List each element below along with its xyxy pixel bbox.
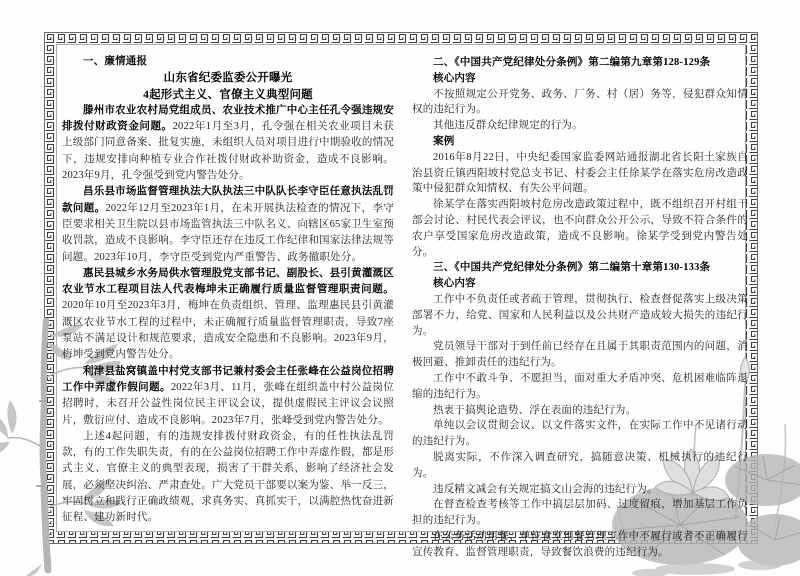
case-paragraph-2: 昌乐县市场监督管理执法大队执法三中队队长李守臣任意执法乱罚款问题。2022年12… (62, 184, 394, 265)
case-paragraph-1: 滕州市农业农村局党组成员、农业技术推广中心主任孔令强违规安排拨付财政资金问题。2… (62, 103, 394, 184)
case-paragraph-4: 利津县盐窝镇盖中村党支部书记兼村委会主任张峰在公益岗位招聘工作中弄虚作假问题。2… (62, 364, 394, 429)
section1-heading: 一、廉情通报 (62, 54, 394, 70)
section3-core-item-1: 工作中不负责任或者疏于管理，贯彻执行、检查督促落实上级决策部署不力，给党、国家和… (412, 292, 748, 339)
section3-core-item-7: 违反精文减会有关规定搞文山会海的违纪行为。 (412, 482, 748, 498)
section2-core-item-1: 不按照规定公开党务、政务、厂务、村（居）务等，侵犯群众知情权的违纪行为。 (412, 87, 748, 119)
section3-core-item-3: 工作中不敢斗争、不愿担当，面对重大矛盾冲突、危机困难临阵退缩的违纪行为。 (412, 371, 748, 403)
case-3-title: 惠民县城乡水务局供水管理股党支部书记、副股长、县引黄灌溉区农业节水工程项目法人代… (62, 268, 394, 295)
section3-core-item-8: 在督查检查考核等工作中搞层层加码、过度留痕，增加基层工作负担的违纪行为。 (412, 497, 748, 529)
section3-core-label: 核心内容 (412, 276, 748, 292)
case-2-body: 2022年12月至2023年1月，在未开展执法检查的情况下，李守臣要求相关卫生院… (62, 203, 394, 263)
notice-title-line1: 山东省纪委监委公开曝光 (62, 70, 394, 86)
case-paragraph-3: 惠民县城乡水务局供水管理股党支部书记、副股长、县引黄灌溉区农业节水工程项目法人代… (62, 266, 394, 364)
notice-title-line2: 4起形式主义、官僚主义典型问题 (62, 87, 394, 103)
left-column: 一、廉情通报 山东省纪委监委公开曝光 4起形式主义、官僚主义典型问题 滕州市农业… (62, 54, 394, 527)
section2-case-paragraph-1: 2016年8月22日，中央纪委国家监委网站通报湖北省长阳土家族自治县资丘镇西阳坡… (412, 150, 748, 197)
section3-core-item-9: 在公务活动用餐、单位食堂用餐管理工作中不履行或者不正确履行宣传教育、监督管理职责… (412, 529, 748, 561)
section2-core-item-2: 其他违反群众纪律规定的行为。 (412, 118, 748, 134)
section3-core-item-5: 单纯以会议贯彻会议、以文件落实文件，在实际工作中不见诸行动的违纪行为。 (412, 418, 748, 450)
section2-heading: 二、《中国共产党纪律处分条例》第二编第九章第128-129条 (412, 55, 748, 71)
section3-core-item-4: 热衷于搞舆论造势、浮在表面的违纪行为。 (412, 403, 748, 419)
document-page: 一、廉情通报 山东省纪委监委公开曝光 4起形式主义、官僚主义典型问题 滕州市农业… (0, 0, 800, 576)
section2-case-paragraph-2: 徐某学在落实西阳坡村危房改造政策过程中，既不组织召开村组干部会讨论、村民代表会评… (412, 197, 748, 260)
summary-body: 上述4起问题，有的违规安排拨付财政资金，有的任性执法乱罚款，有的工作失职失责，有… (62, 431, 394, 523)
section2-case-label: 案例 (412, 134, 748, 150)
right-column: 二、《中国共产党纪律处分条例》第二编第九章第128-129条 核心内容 不按照规… (412, 55, 748, 561)
section3-core-item-2: 党员领导干部对于到任前已经存在且属于其职责范围内的问题，消极回避、推卸责任的违纪… (412, 339, 748, 371)
section2-core-label: 核心内容 (412, 71, 748, 87)
summary-paragraph: 上述4起问题，有的违规安排拨付财政资金，有的任性执法乱罚款，有的工作失职失责，有… (62, 429, 394, 527)
section3-heading: 三、《中国共产党纪律处分条例》第二编第十章第130-133条 (412, 260, 748, 276)
case-3-body: 2020年10月至2023年3月，梅坤在负责组织、管理、监理惠民县引黄灌溉区农业… (62, 300, 394, 360)
section3-core-item-6: 脱离实际，不作深入调查研究，搞随意决策、机械执行的违纪行为。 (412, 450, 748, 482)
